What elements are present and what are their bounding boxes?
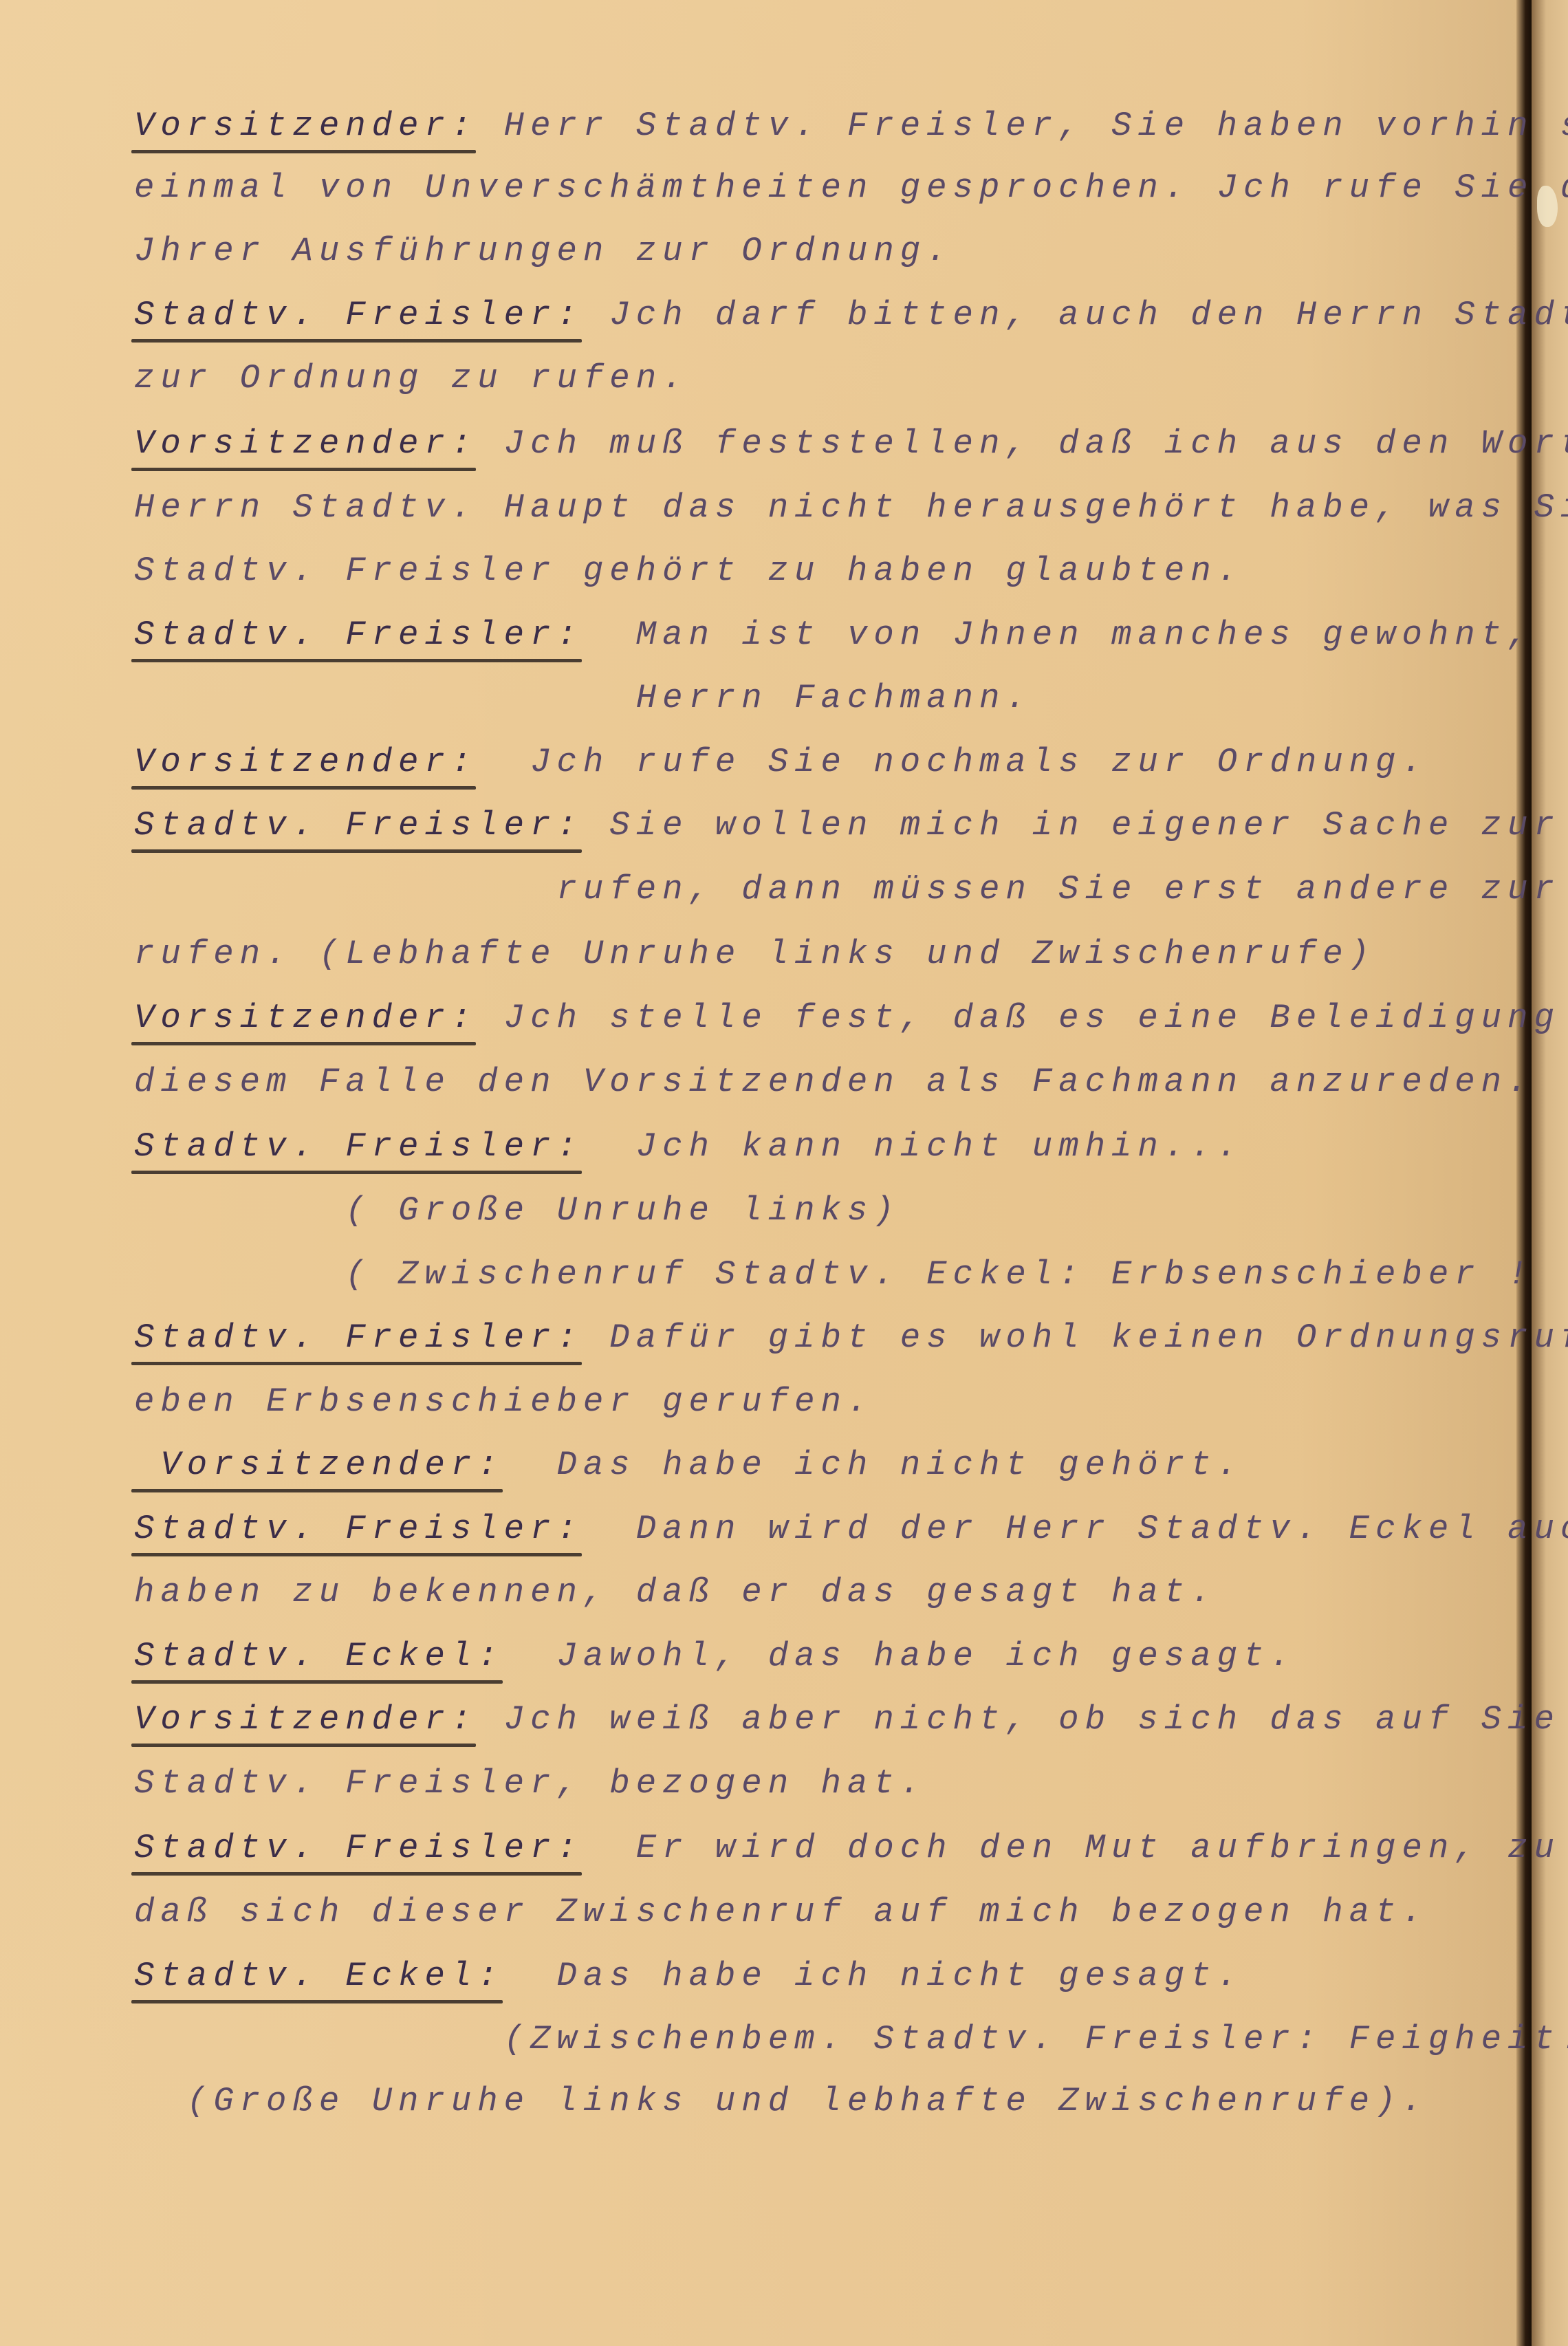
line-text: haben zu bekennen, daß er das gesagt hat…	[134, 1573, 1217, 1611]
line-text: Sie wollen mich in eigener Sache zur Ord…	[583, 806, 1568, 845]
line-text: Das habe ich nicht gehört.	[504, 1446, 1243, 1484]
transcript-line: (Zwischenbem. Stadtv. Freisler: Feigheit…	[134, 2019, 1568, 2060]
line-text: Dafür gibt es wohl keinen Ordnungsruf ? …	[583, 1318, 1568, 1357]
transcript-line: Stadtv. Eckel: Jawohl, das habe ich gesa…	[134, 1636, 1296, 1677]
line-text: Herrn Fachmann.	[134, 679, 1032, 717]
speaker-label: Vorsitzender:	[134, 105, 477, 146]
speaker-label: Stadtv. Eckel:	[134, 1636, 504, 1677]
speaker-label: Stadtv. Eckel:	[134, 1955, 504, 1997]
transcript-line: Herrn Stadtv. Haupt das nicht herausgehö…	[134, 487, 1568, 528]
speaker-label: Stadtv. Freisler:	[134, 294, 583, 336]
line-text: Jch stelle fest, daß es eine Beleidigung…	[477, 999, 1568, 1037]
transcript-line: Stadtv. Freisler: Jch darf bitten, auch …	[134, 294, 1568, 336]
transcript-line: Vorsitzender: Jch muß feststellen, daß i…	[134, 423, 1568, 464]
line-text: rufen. (Lebhafte Unruhe links und Zwisch…	[134, 935, 1375, 973]
speaker-label: Stadtv. Freisler:	[134, 614, 583, 655]
speaker-label: Vorsitzender:	[134, 1699, 477, 1740]
transcript-line: rufen. (Lebhafte Unruhe links und Zwisch…	[134, 933, 1375, 975]
line-text: Er wird doch den Mut aufbringen, zu beke…	[583, 1829, 1568, 1867]
line-text: Jch rufe Sie nochmals zur Ordnung.	[477, 743, 1428, 781]
line-text: Jch muß feststellen, daß ich aus den Wor…	[477, 424, 1568, 463]
line-text: Herrn Stadtv. Haupt das nicht herausgehö…	[134, 488, 1568, 527]
transcript-line: einmal von Unverschämtheiten gesprochen.…	[134, 167, 1568, 208]
line-text: (Zwischenbem. Stadtv. Freisler: Feigheit…	[134, 2020, 1568, 2059]
speaker-label: Vorsitzender:	[134, 1444, 504, 1486]
line-text: diesem Falle den Vorsitzenden als Fachma…	[134, 1063, 1534, 1101]
line-text: (Große Unruhe links und lebhafte Zwische…	[134, 2082, 1428, 2120]
transcript-line: Herrn Fachmann.	[134, 677, 1032, 719]
speaker-label: Vorsitzender:	[134, 741, 477, 783]
transcript-line: Stadtv. Freisler: Dafür gibt es wohl kei…	[134, 1317, 1568, 1358]
speaker-label: Stadtv. Freisler:	[134, 1508, 583, 1550]
speaker-label: Vorsitzender:	[134, 423, 477, 464]
transcript-line: Vorsitzender: Jch weiß aber nicht, ob si…	[134, 1699, 1568, 1740]
transcript-line: Stadtv. Freisler: Er wird doch den Mut a…	[134, 1827, 1568, 1869]
line-text: Jawohl, das habe ich gesagt.	[504, 1637, 1296, 1675]
transcript-line: Stadtv. Eckel: Das habe ich nicht gesagt…	[134, 1955, 1243, 1997]
transcript-line: ( Zwischenruf Stadtv. Eckel: Erbsenschie…	[134, 1254, 1534, 1295]
transcript-line: rufen, dann müssen Sie erst andere zur O…	[134, 869, 1568, 910]
binding-edge	[1516, 0, 1532, 2346]
transcript-line: Stadtv. Freisler gehört zu haben glaubte…	[134, 550, 1243, 591]
speaker-label: Vorsitzender:	[134, 997, 477, 1039]
line-text: zur Ordnung zu rufen.	[134, 359, 689, 398]
line-text: rufen, dann müssen Sie erst andere zur O…	[134, 870, 1568, 909]
line-text: ( Zwischenruf Stadtv. Eckel: Erbsenschie…	[134, 1255, 1534, 1294]
speaker-label: Stadtv. Freisler:	[134, 805, 583, 846]
transcript-line: ( Große Unruhe links)	[134, 1190, 900, 1231]
transcript-line: zur Ordnung zu rufen.	[134, 358, 689, 399]
transcript-line: Vorsitzender: Jch rufe Sie nochmals zur …	[134, 741, 1428, 783]
transcript-line: Jhrer Ausführungen zur Ordnung.	[134, 230, 953, 272]
line-text: Man ist von Jhnen manches gewohnt,	[583, 616, 1534, 654]
line-text: Herr Stadtv. Freisler, Sie haben vorhin …	[477, 107, 1568, 145]
transcript-line: Stadtv. Freisler, bezogen hat.	[134, 1763, 926, 1804]
transcript-line: Stadtv. Freisler: Sie wollen mich in eig…	[134, 805, 1568, 846]
transcript-line: haben zu bekennen, daß er das gesagt hat…	[134, 1572, 1217, 1613]
transcript-line: diesem Falle den Vorsitzenden als Fachma…	[134, 1061, 1534, 1103]
line-text: eben Erbsenschieber gerufen.	[134, 1382, 873, 1421]
adjacent-page-edge	[1532, 0, 1568, 2346]
transcript-line: (Große Unruhe links und lebhafte Zwische…	[134, 2081, 1428, 2122]
transcript-line: daß sich dieser Zwischenruf auf mich bez…	[134, 1891, 1428, 1933]
speaker-label: Stadtv. Freisler:	[134, 1126, 583, 1167]
transcript-line: Vorsitzender: Jch stelle fest, daß es ei…	[134, 997, 1568, 1039]
line-text: Jch darf bitten, auch den Herrn Stadtv. …	[583, 296, 1568, 334]
transcript-line: Vorsitzender: Herr Stadtv. Freisler, Sie…	[134, 105, 1568, 146]
line-text: ( Große Unruhe links)	[134, 1191, 900, 1230]
speaker-label: Stadtv. Freisler:	[134, 1317, 583, 1358]
transcript-line: Stadtv. Freisler: Dann wird der Herr Sta…	[134, 1508, 1568, 1550]
line-text: Stadtv. Freisler gehört zu haben glaubte…	[134, 552, 1243, 590]
line-text: daß sich dieser Zwischenruf auf mich bez…	[134, 1893, 1428, 1931]
line-text: Jhrer Ausführungen zur Ordnung.	[134, 232, 953, 270]
line-text: einmal von Unverschämtheiten gesprochen.…	[134, 169, 1568, 207]
line-text: Dann wird der Herr Stadtv. Eckel auch de…	[583, 1510, 1568, 1548]
transcript-line: eben Erbsenschieber gerufen.	[134, 1381, 873, 1422]
line-text: Das habe ich nicht gesagt.	[504, 1957, 1243, 1995]
line-text: Stadtv. Freisler, bezogen hat.	[134, 1764, 926, 1803]
transcript-line: Vorsitzender: Das habe ich nicht gehört.	[134, 1444, 1243, 1486]
line-text: Jch kann nicht umhin...	[583, 1127, 1243, 1166]
line-text: Jch weiß aber nicht, ob sich das auf Sie…	[477, 1700, 1568, 1739]
speaker-label: Stadtv. Freisler:	[134, 1827, 583, 1869]
transcript-line: Stadtv. Freisler: Man ist von Jhnen manc…	[134, 614, 1534, 655]
transcript-line: Stadtv. Freisler: Jch kann nicht umhin..…	[134, 1126, 1243, 1167]
